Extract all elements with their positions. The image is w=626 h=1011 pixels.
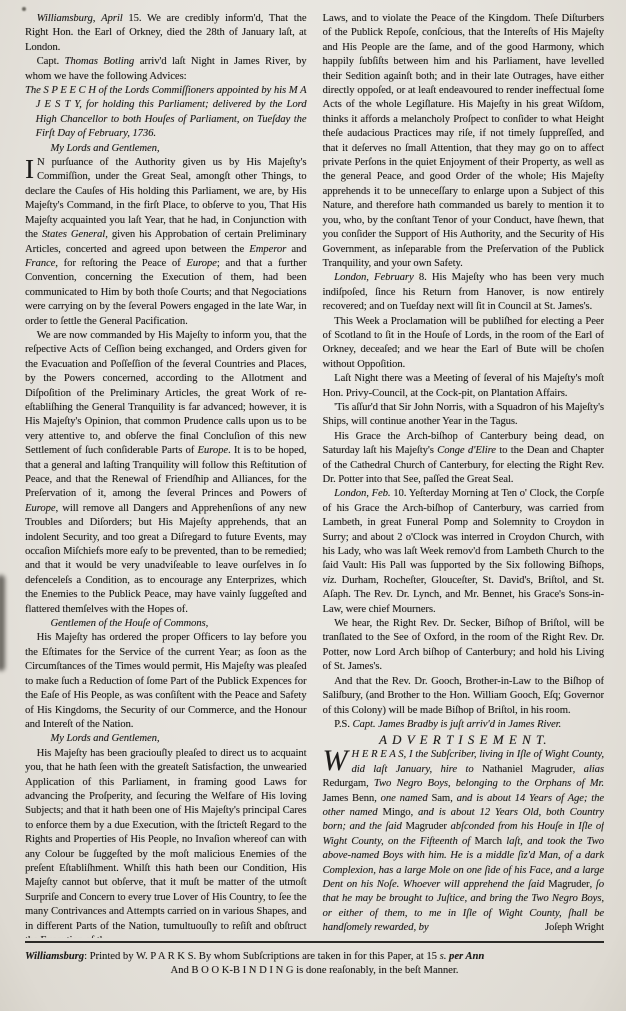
page-footer: Williamsburg: Printed by W. P A R K S. B… [25,941,604,978]
text-segment: , for reſtoring the Peace of [55,258,186,269]
paragraph: Williamsburg, April 15. We are credibly … [25,12,307,55]
text-segment: Williamsburg [37,13,93,24]
text-segment: States General [42,229,105,240]
text-segment: Europe [186,258,217,269]
text-segment: : Printed by W. P A R K S. By whom Subſc… [84,951,440,962]
text-segment: Europe [198,445,229,456]
text-segment: My Lords and Gentlemen, [50,733,159,744]
text-segment: His Majeſty has ordered the proper Offic… [25,632,307,729]
text-segment: , [366,272,374,283]
dropcap: W [323,748,352,772]
text-segment: April [101,13,123,24]
text-segment: viz. [323,575,337,586]
paragraph: This Week a Proclamation will be publiſh… [323,315,605,373]
imprint-line-2: And B O O K-B I N D I N G is done reaſon… [25,964,604,978]
text-segment: P.S. [334,719,352,730]
paragraph: London, Feb. 10. Yeſterday Morning at Te… [323,487,605,617]
text-segment: , will remove all Dangers and Apprehenſi… [25,503,307,615]
text-segment: London [334,272,366,283]
paragraph: My Lords and Gentlemen, [25,142,307,156]
paragraph: Gentlemen of the Houſe of Commons, [25,617,307,631]
text-segment: per Ann [449,951,484,962]
paragraph: WH E R E A S, I the Subſcriber, living i… [323,748,605,935]
text-segment: Williamsburg [25,951,84,962]
text-segment: Laws, and to violate the Peace of the Ki… [323,13,605,269]
text-segment: Gentlemen of the Houſe of Commons, [50,618,208,629]
text-segment: February [374,272,414,283]
paragraph: Capt. Thomas Botling arriv'd laſt Night … [25,55,307,84]
text-segment: Feb. [372,488,391,499]
text-segment: Laſt Night there was a Meeting of ſevera… [323,373,605,398]
text-segment: This Week a Proclamation will be publiſh… [323,316,605,370]
text-segment: N purſuance of the Authority given us by… [25,157,307,240]
text-segment: Joſeph Wright [545,921,604,935]
paragraph: My Lords and Gentlemen, [25,732,307,746]
paragraph: Laws, and to violate the Peace of the Ki… [323,12,605,271]
text-segment: James Benn [323,793,375,804]
paragraph: IN purſuance of the Authority given us b… [25,156,307,329]
text-segment: Magruder [405,821,446,832]
paragraph: P.S. Capt. James Bradby is juſt arriv'd … [323,718,605,732]
column-left: Williamsburg, April 15. We are credibly … [25,12,307,938]
advertisement-heading: A D V E R T I S E M E N T. [323,732,605,748]
paragraph: We hear, the Right Rev. Dr. Secker, Biſh… [323,617,605,675]
newspaper-page: Williamsburg, April 15. We are credibly … [0,0,626,1011]
paragraph: London, February 8. His Majeſty who has … [323,271,605,314]
text-segment: , Two Negro Boys, belonging to the Orpha… [366,778,604,789]
text-segment: We are now commanded by His Majeſty to i… [25,330,307,456]
text-segment: , one named [374,793,431,804]
paper-speck [22,7,26,11]
text-segment: , [93,13,101,24]
imprint-line-1: Williamsburg: Printed by W. P A R K S. B… [25,950,604,964]
text-segment: Durham, Rocheſter, Glouceſter, St. David… [323,575,605,615]
text-segment: Nathaniel Magruder [482,764,573,775]
paragraph: 'Tis aſſur'd that Sir John Norris, with … [323,401,605,430]
paragraph: His Majeſty has ordered the proper Offic… [25,631,307,732]
paragraph: His Majeſty has been graciouſly pleaſed … [25,747,307,938]
paragraph: His Grace the Arch-biſhop of Canterbury … [323,430,605,488]
text-segment: Sam [431,793,450,804]
dropcap: I [25,156,37,180]
text-segment: His Majeſty has been graciouſly pleaſed … [25,748,307,938]
text-segment: , alias [573,764,604,775]
text-segment: And that the Rev. Dr. Gooch, Brother-in-… [323,676,605,716]
text-segment: Capt. James Bradby is juſt arriv'd in Ja… [352,719,561,730]
text-segment: London [334,488,366,499]
text-segment: Emperor [249,244,286,255]
text-segment: Europe [25,503,56,514]
footer-rule [25,941,604,943]
paragraph: Laſt Night there was a Meeting of ſevera… [323,372,605,401]
text-segment: A D V E R T I S E M E N T. [379,732,547,747]
text-segment: My Lords and Gentlemen, [50,143,159,154]
paragraph: The S P E E C H of the Lords Commiſſione… [25,84,307,142]
text-segment: 'Tis aſſur'd that Sir John Norris, with … [323,402,605,427]
paragraph: And that the Rev. Dr. Gooch, Brother-in-… [323,675,605,718]
text-segment: The S P E E C H of the Lords Commiſſione… [25,85,307,139]
text-segment: Conge d'Elire [437,445,496,456]
text-segment: Capt. [37,56,65,67]
text-segment: Magruder [548,879,589,890]
text-segment: We hear, the Right Rev. Dr. Secker, Biſh… [323,618,605,672]
text-segment: s. [440,951,449,962]
text-segment: and [286,244,306,255]
text-segment: Redurgam [323,778,367,789]
text-segment: March [475,836,502,847]
text-segment: Mingo [383,807,411,818]
text-segment: France [25,258,55,269]
text-segment: Thomas Botling [65,56,135,67]
ink-smudge [0,575,5,671]
column-right: Laws, and to violate the Peace of the Ki… [323,12,605,938]
text-segment: And B O O K-B I N D I N G is done reaſon… [171,965,459,976]
paragraph: We are now commanded by His Majeſty to i… [25,329,307,617]
page-columns: Williamsburg, April 15. We are credibly … [25,12,604,938]
text-segment: 10. Yeſterday Morning at Ten o' Clock, t… [323,488,605,571]
